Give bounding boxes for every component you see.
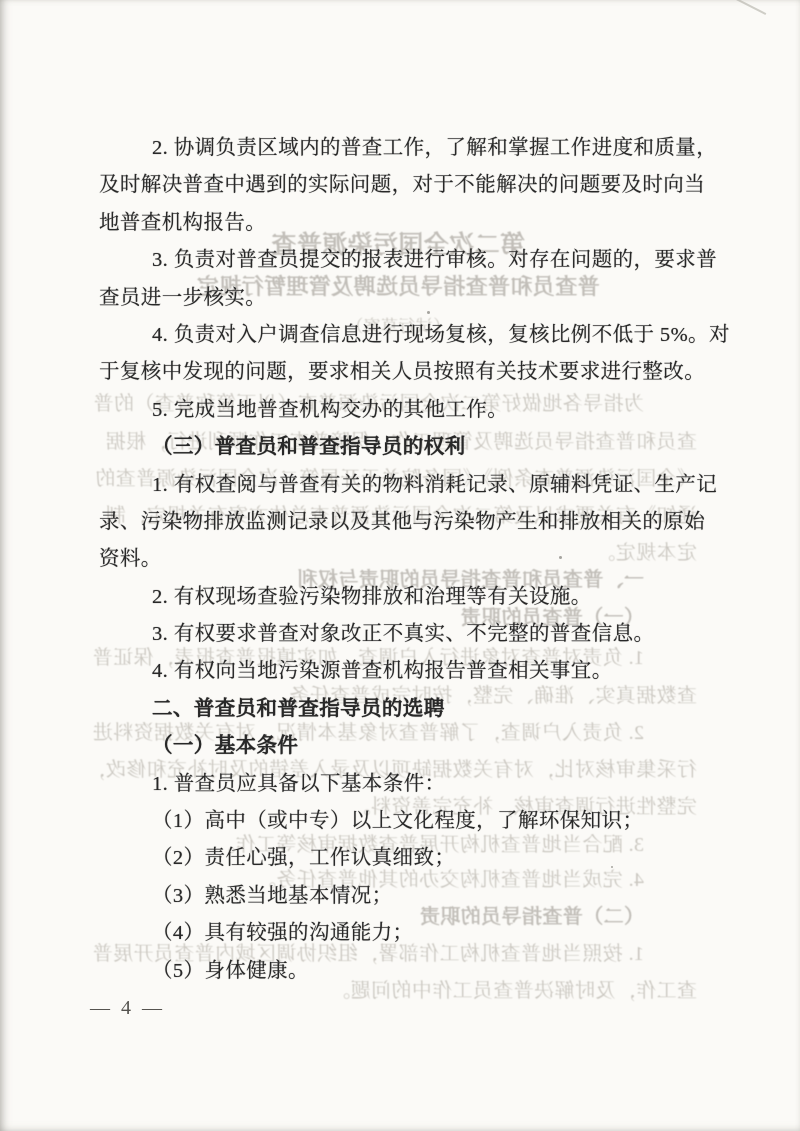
text-line: 5. 完成当地普查机构交办的其他工作。 <box>99 392 699 429</box>
scan-speck <box>427 311 430 314</box>
heading-line: （一）基本条件 <box>99 728 699 765</box>
text-line: （3）熟悉当地基本情况； <box>99 878 699 915</box>
text-line: （1）高中（或中专）以上文化程度，了解环保知识； <box>99 803 699 840</box>
scan-corner-artifact <box>730 0 767 15</box>
scanned-document-page: 第二次全国污染源普查普查员和普查指导员选聘及管理暂行规定（试行草案）为指导各地做… <box>0 0 800 1131</box>
text-line: 及时解决普查中遇到的实际问题，对于不能解决的问题要及时向当 <box>99 167 699 204</box>
text-line: 地普查机构报告。 <box>99 205 699 242</box>
scan-speck <box>611 866 613 868</box>
text-line: 查员进一步核实。 <box>99 280 699 317</box>
text-line: 1. 普查员应具备以下基本条件： <box>99 766 699 803</box>
text-line: 3. 有权要求普查对象改正不真实、不完整的普查信息。 <box>99 616 699 653</box>
text-line: 2. 有权现场查验污染物排放和治理等有关设施。 <box>99 579 699 616</box>
text-line: 4. 有权向当地污染源普查机构报告普查相关事宜。 <box>99 653 699 690</box>
text-line: 于复核中发现的问题，要求相关人员按照有关技术要求进行整改。 <box>99 354 699 391</box>
text-line: （4）具有较强的沟通能力； <box>99 915 699 952</box>
text-line: 资料。 <box>99 541 699 578</box>
text-line: 1. 有权查阅与普查有关的物料消耗记录、原辅料凭证、生产记 <box>99 467 699 504</box>
heading-line: （三）普查员和普查指导员的权利 <box>99 429 699 466</box>
text-line: （5）身体健康。 <box>99 953 699 990</box>
scan-speck <box>559 556 562 559</box>
text-line: 4. 负责对入户调查信息进行现场复核，复核比例不低于 5%。对 <box>99 317 699 354</box>
page-number: — 4 — <box>90 997 165 1020</box>
text-line: 3. 负责对普查员提交的报表进行审核。对存在问题的，要求普 <box>99 242 699 279</box>
text-line: 2. 协调负责区域内的普查工作，了解和掌握工作进度和质量， <box>99 130 699 167</box>
document-text: 2. 协调负责区域内的普查工作，了解和掌握工作进度和质量，及时解决普查中遇到的实… <box>99 130 699 990</box>
heading-line: 二、普查员和普查指导员的选聘 <box>99 691 699 728</box>
text-line: （2）责任心强，工作认真细致； <box>99 840 699 877</box>
text-line: 录、污染物排放监测记录以及其他与污染物产生和排放相关的原始 <box>99 504 699 541</box>
